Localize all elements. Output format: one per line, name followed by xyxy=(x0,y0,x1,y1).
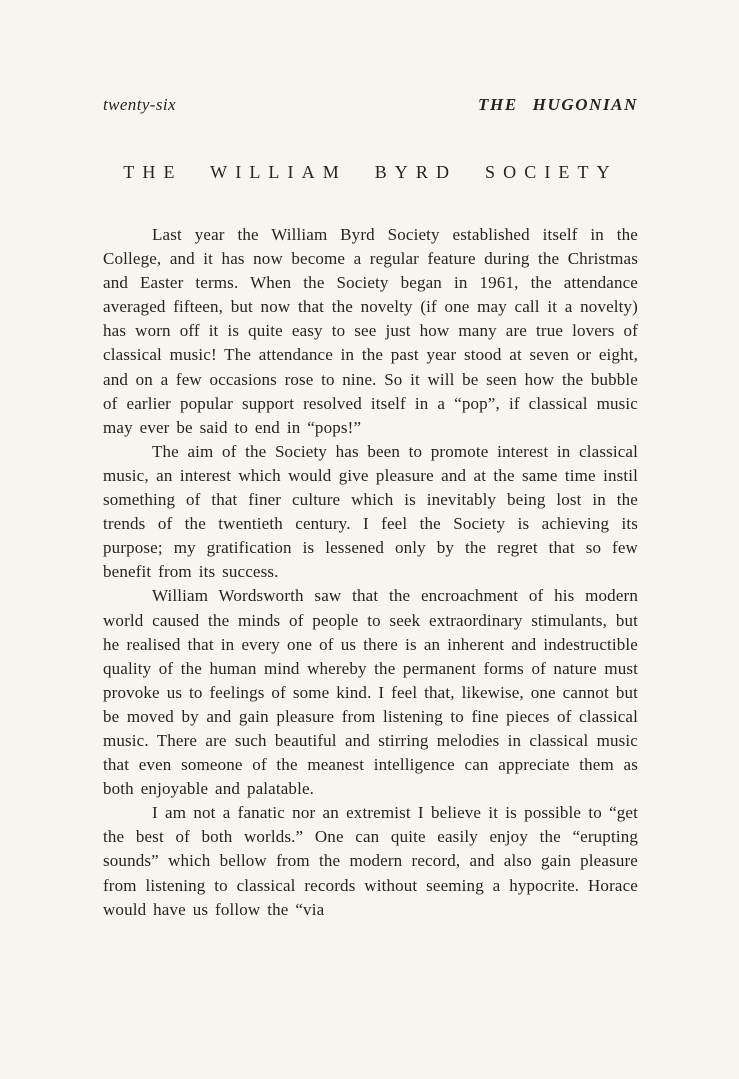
page-number: twenty-six xyxy=(103,95,176,115)
page-content: twenty-six THE HUGONIAN THE WILLIAM BYRD… xyxy=(103,0,638,1079)
article-body: Last year the William Byrd Society estab… xyxy=(103,223,638,922)
scanned-document-page: twenty-six THE HUGONIAN THE WILLIAM BYRD… xyxy=(0,0,739,1079)
paragraph-3: William Wordsworth saw that the encroach… xyxy=(103,584,638,801)
paragraph-4: I am not a fanatic nor an extremist I be… xyxy=(103,801,638,921)
publication-title: THE HUGONIAN xyxy=(478,95,638,115)
article-title: THE WILLIAM BYRD SOCIETY xyxy=(103,162,638,183)
running-head: twenty-six THE HUGONIAN xyxy=(103,95,638,115)
paragraph-2: The aim of the Society has been to promo… xyxy=(103,440,638,585)
paragraph-1: Last year the William Byrd Society estab… xyxy=(103,223,638,440)
